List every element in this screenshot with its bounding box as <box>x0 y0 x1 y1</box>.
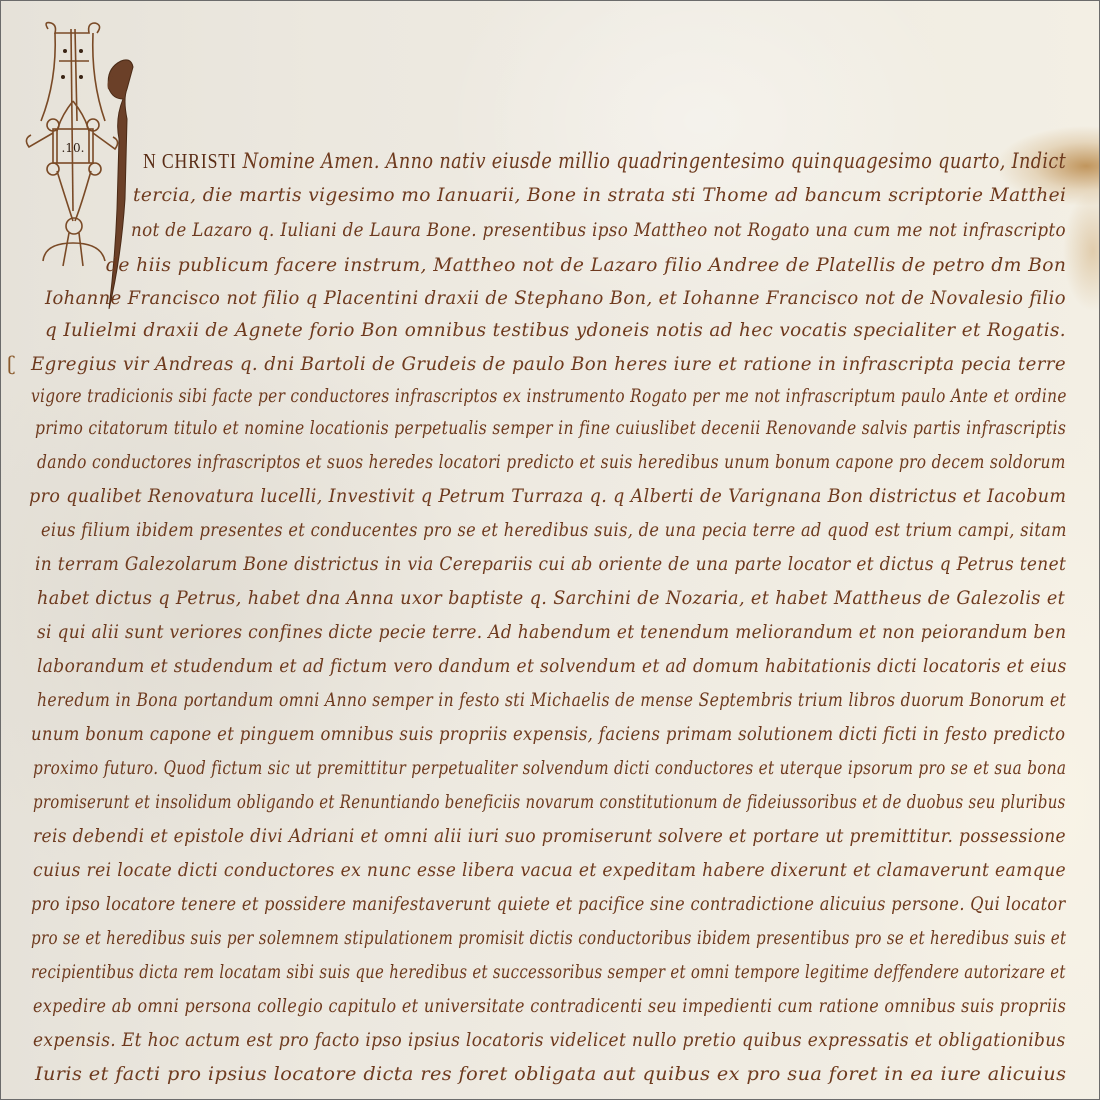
text-line-17: heredum in Bona portandum omni Anno semp… <box>37 689 1066 711</box>
text-line-13: in terram Galezolarum Bone districtus in… <box>35 553 1066 575</box>
text-line-14: habet dictus q Petrus, habet dna Anna ux… <box>37 587 1065 609</box>
text-line-18: unum bonum capone et pinguem omnibus sui… <box>31 723 1065 745</box>
parchment-document: .10. N CHRISTI Nomine Amen. Anno nativ e… <box>0 0 1100 1100</box>
text-line-10: dando conductores infrascriptos et suos … <box>37 451 1066 473</box>
text-line-27: expensis. Et hoc actum est pro facto ips… <box>33 1029 1066 1051</box>
text-line-7: Egregius vir Andreas q. dni Bartoli de G… <box>31 353 1066 375</box>
text-line-4: de hiis publicum facere instrum, Mattheo… <box>106 254 1066 276</box>
text-line-8: vigore tradicionis sibi facte per conduc… <box>31 385 1067 407</box>
text-line-2: tercia, die martis vigesimo mo Ianuarii,… <box>133 184 1066 206</box>
text-line-26: expedire ab omni persona collegio capitu… <box>33 995 1066 1017</box>
margin-mark: ʗ <box>7 351 15 375</box>
text-line-25: recipientibus dicta rem locatam sibi sui… <box>31 961 1066 983</box>
text-line-19: proximo futuro. Quod fictum sic ut premi… <box>33 757 1066 779</box>
text-line-24: pro se et heredibus suis per solemnem st… <box>31 927 1066 949</box>
text-line-20: promiserunt et insolidum obligando et Re… <box>33 791 1066 813</box>
text-line-12: eius filium ibidem presentes et conducen… <box>41 519 1067 541</box>
text-line-23: pro ipso locatore tenere et possidere ma… <box>31 893 1066 915</box>
text-line-6: q Iulielmi draxii de Agnete forio Bon om… <box>45 319 1066 341</box>
text-line-22: cuius rei locate dicti conductores ex nu… <box>33 859 1066 881</box>
text-line-15: si qui alii sunt veriores confines dicte… <box>37 621 1066 643</box>
text-line-28: Iuris et facti pro ipsius locatore dicta… <box>35 1063 1066 1085</box>
text-line-16: laborandum et studendum et ad fictum ver… <box>37 655 1067 677</box>
notarial-sign-label: .10. <box>62 141 85 155</box>
opening-invocation: N CHRISTI <box>143 149 237 173</box>
text-line-5: Iohanne Francisco not filio q Placentini… <box>45 287 1066 309</box>
text-line-9: primo citatorum titulo et nomine locatio… <box>35 417 1066 439</box>
text-line-21: reis debendi et epistole divi Adriani et… <box>33 825 1066 847</box>
text-line-3: not de Lazaro q. Iuliani de Laura Bone. … <box>131 219 1066 241</box>
text-line-11: pro qualibet Renovatura lucelli, Investi… <box>29 485 1066 507</box>
text-line-1: N CHRISTI Nomine Amen. Anno nativ eiusde… <box>143 149 1066 174</box>
